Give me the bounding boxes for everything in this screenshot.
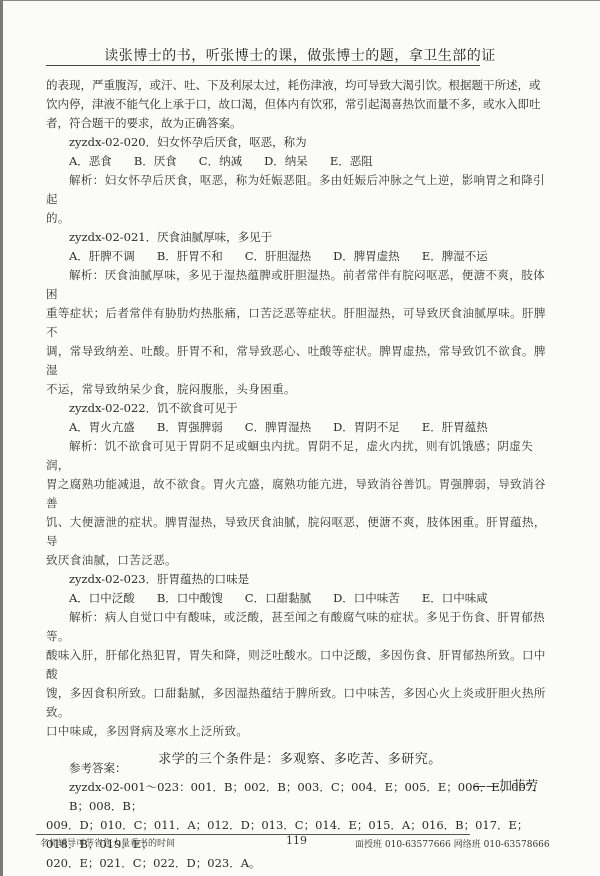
option-c: C．脾胃湿热 <box>245 418 311 437</box>
question-stem: zyzdx-02-020．妇女怀孕后厌食，呕恶，称为 <box>46 133 552 152</box>
explanation-line: 解析：妇女怀孕后厌食，呕恶，称为妊娠恶阻。多由妊娠后冲脉之气上逆，影响胃之和降引… <box>46 171 552 209</box>
option-d: D．胃阴不足 <box>333 418 400 437</box>
option-a: A．恶食 <box>69 152 112 171</box>
explanation-line: 胃之腐熟功能减退，故不欲食。胃火亢盛，腐熟功能亢进，导致消谷善饥。胃强脾弱，导致… <box>46 475 552 513</box>
option-c: C．口甜黏腻 <box>245 589 311 608</box>
footer-contact: 面授班 010-63577666 网络班 010-63578666 <box>355 837 550 850</box>
option-a: A．肝脾不调 <box>69 247 135 266</box>
question-options: A．口中泛酸 B．口中酸馊 C．口甜黏腻 D．口中味苦 E．口中味咸 <box>46 589 552 608</box>
option-b: B．肝胃不和 <box>157 247 223 266</box>
option-e: E．口中味咸 <box>422 589 488 608</box>
option-a: A．胃火亢盛 <box>69 418 135 437</box>
continuation-line: 的表现，严重腹泻，或汗、吐、下及利尿太过，耗伤津液，均可导致大渴引饮。根据题干所… <box>46 76 552 95</box>
question-stem: zyzdx-02-021．厌食油腻厚味，多见于 <box>46 228 552 247</box>
explanation-line: 解析：饥不欲食可见于胃阴不足或蛔虫内扰。胃阴不足，虚火内扰，则有饥饿感；阴虚失润… <box>46 437 552 475</box>
continuation-line: 者，符合题干的要求，故为正确答案。 <box>46 114 552 133</box>
explanation-line: 饥、大便溏泄的症状。脾胃湿热，导致厌食油腻，脘闷呕恶，便溏不爽，肢体困重。肝胃蕴… <box>46 513 552 551</box>
motto-author: ——加菲劳 <box>473 775 538 794</box>
explanation-line: 解析：厌食油腻厚味，多见于湿热蕴脾或肝胆湿热。前者常伴有脘闷呕恶，便溏不爽，肢体… <box>46 266 552 304</box>
motto-quote: 求学的三个条件是：多观察、多吃苦、多研究。 <box>0 748 600 767</box>
page-top-edge <box>0 0 600 1</box>
question-stem: zyzdx-02-022．饥不欲食可见于 <box>46 399 552 418</box>
option-e: E．脾湿不运 <box>422 247 488 266</box>
answers-line: 020．E；021．C；022．D；023．A。 <box>46 854 552 873</box>
header-divider <box>46 65 480 66</box>
option-d: D．脾胃虚热 <box>333 247 400 266</box>
footer-divider <box>36 834 470 835</box>
option-c: C．肝胆湿热 <box>245 247 311 266</box>
explanation-line: 重等症状；后者常伴有胁肋灼热胀痛，口苦泛恶等症状。肝胆湿热，可导致厌食油腻厚味。… <box>46 304 552 342</box>
option-a: A．口中泛酸 <box>69 589 135 608</box>
question-options: A．肝脾不调 B．肝胃不和 C．肝胆湿热 D．脾胃虚热 E．脾湿不运 <box>46 247 552 266</box>
explanation-line: 解析：病人自觉口中有酸味，或泛酸，甚至闻之有酸腐气味的症状。多见于伤食、肝胃郁热… <box>46 608 552 646</box>
explanation-line: 不运，常导致纳呆少食，脘闷腹胀，头身困重。 <box>46 380 552 399</box>
page-left-edge <box>0 0 3 876</box>
option-b: B．口中酸馊 <box>157 589 223 608</box>
option-b: B．厌食 <box>134 152 177 171</box>
question-options: A．恶食 B．厌食 C．纳减 D．纳呆 E．恶阻 <box>46 152 552 171</box>
option-e: E．恶阻 <box>330 152 373 171</box>
page-number: 119 <box>286 834 307 847</box>
option-e: E．肝胃蕴热 <box>422 418 488 437</box>
explanation-line: 的。 <box>46 209 552 228</box>
explanation-line: 馊，多因食积所致。口甜黏腻，多因湿热蕴结于脾所致。口中味苦，多因心火上炎或肝胆火… <box>46 684 552 722</box>
question-options: A．胃火亢盛 B．胃强脾弱 C．脾胃湿热 D．胃阴不足 E．肝胃蕴热 <box>46 418 552 437</box>
option-d: D．口中味苦 <box>333 589 400 608</box>
explanation-line: 致厌食油腻，口苦泛恶。 <box>46 551 552 570</box>
footer-slogan: 名师辅导可节省您大量看书的时间 <box>40 836 175 849</box>
continuation-line: 饮内停，津液不能气化上承于口，故口渴，但体内有饮邪，常引起渴喜热饮而量不多，或水… <box>46 95 552 114</box>
option-b: B．胃强脾弱 <box>157 418 223 437</box>
page-header-title: 读张博士的书，听张博士的课，做张博士的题，拿卫生部的证 <box>0 45 600 65</box>
explanation-line: 酸味入肝，肝郁化热犯胃，胃失和降，则泛吐酸水。口中泛酸，多因伤食、肝胃郁热所致。… <box>46 646 552 684</box>
explanation-line: 口中味咸，多因肾病及寒水上泛所致。 <box>46 722 552 741</box>
option-d: D．纳呆 <box>264 152 308 171</box>
question-stem: zyzdx-02-023．肝胃蕴热的口味是 <box>46 570 552 589</box>
option-c: C．纳减 <box>199 152 242 171</box>
explanation-line: 调，常导致纳差、吐酸。肝胃不和，常导致恶心、吐酸等症状。脾胃虚热，常导致饥不欲食… <box>46 342 552 380</box>
